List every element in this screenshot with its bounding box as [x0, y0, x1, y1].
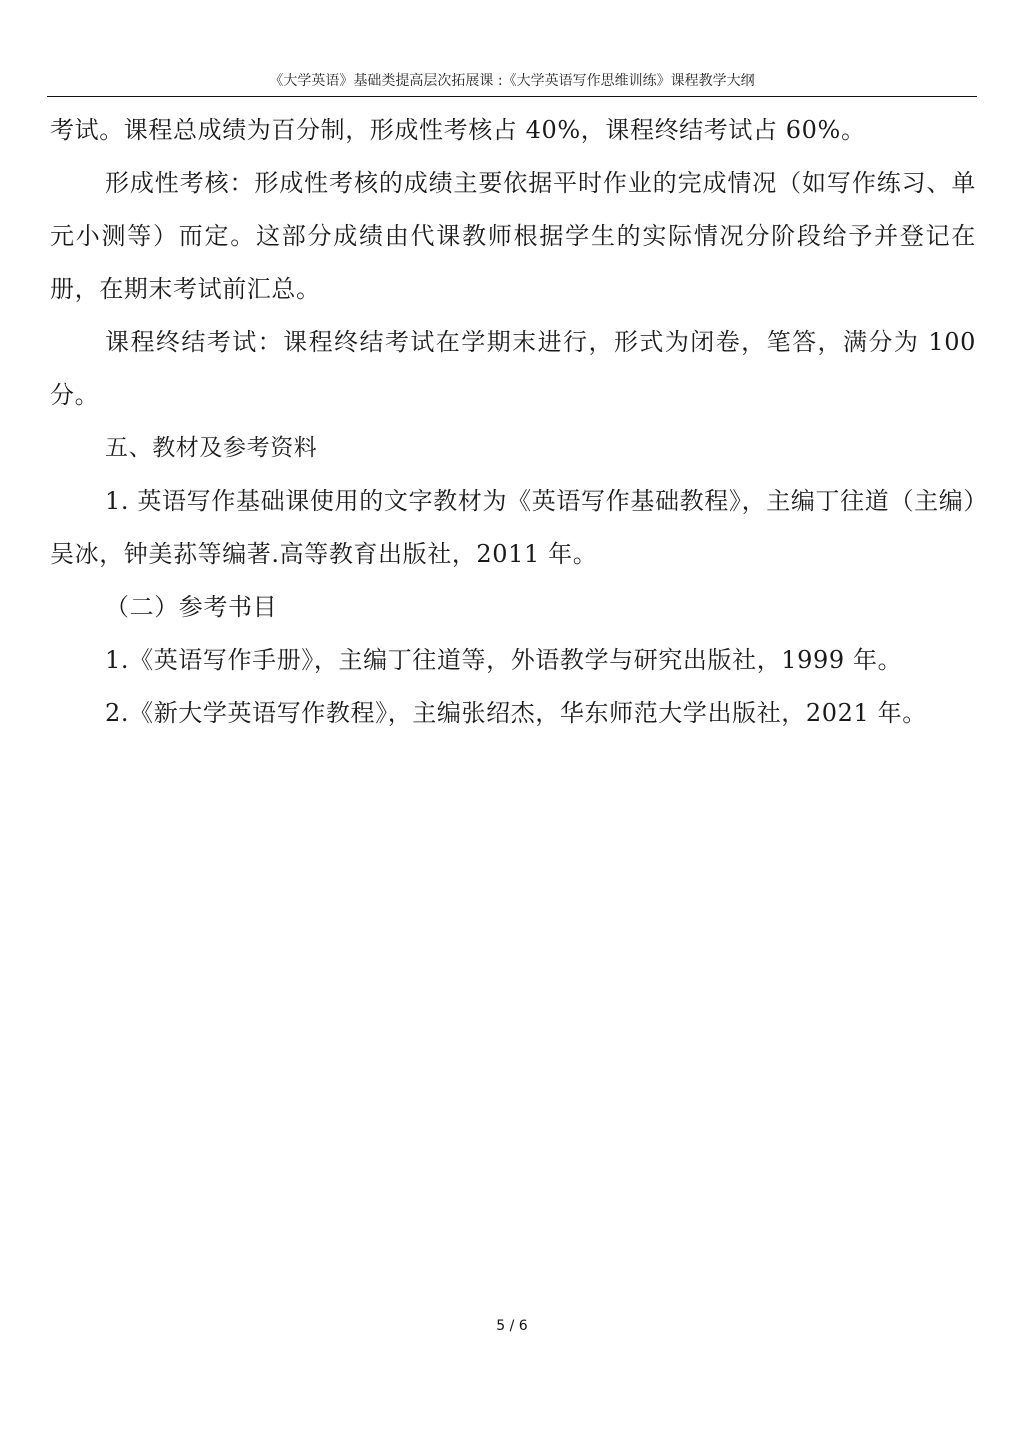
- section-heading-materials: 五、教材及参考资料: [50, 422, 976, 475]
- paragraph-final-exam: 课程终结考试：课程终结考试在学期末进行，形式为闭卷，笔答，满分为 100 分。: [50, 316, 976, 422]
- page-header: 《大学英语》基础类提高层次拓展课 :《大学英语写作思维训练》课程教学大纲: [47, 68, 977, 97]
- paragraph-textbook: 1. 英语写作基础课使用的文字教材为《英语写作基础教程》，主编丁往道（主编）吴冰…: [50, 475, 976, 581]
- paragraph-grading-summary: 考试。课程总成绩为百分制，形成性考核占 40%，课程终结考试占 60%。: [50, 104, 976, 157]
- header-title: 《大学英语》基础类提高层次拓展课 :《大学英语写作思维训练》课程教学大纲: [269, 73, 754, 89]
- reference-item: 2.《新大学英语写作教程》，主编张绍杰，华东师范大学出版社，2021 年。: [50, 687, 976, 740]
- page-number: 5 / 6: [0, 1318, 1024, 1334]
- reference-item: 1.《英语写作手册》，主编丁往道等，外语教学与研究出版社，1999 年。: [50, 634, 976, 687]
- paragraph-formative-assessment: 形成性考核：形成性考核的成绩主要依据平时作业的完成情况（如写作练习、单元小测等）…: [50, 157, 976, 316]
- document-body: 考试。课程总成绩为百分制，形成性考核占 40%，课程终结考试占 60%。 形成性…: [50, 104, 976, 740]
- references-heading: （二）参考书目: [50, 581, 976, 634]
